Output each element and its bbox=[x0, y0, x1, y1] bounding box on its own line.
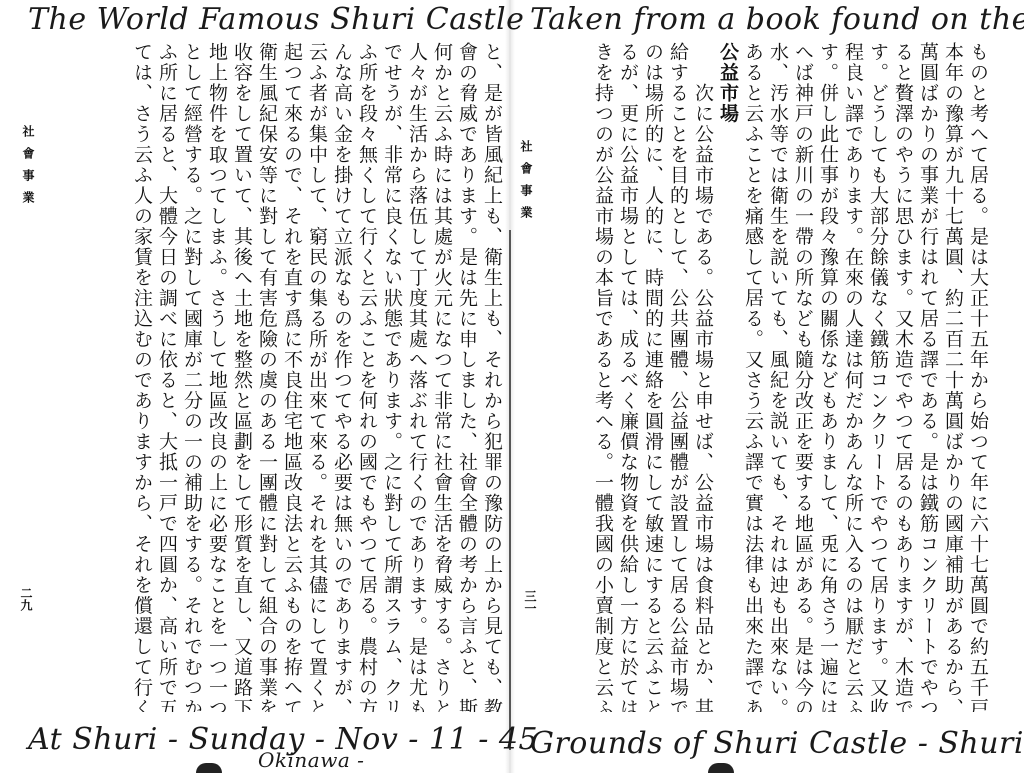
handwritten-location: Okinawa - bbox=[258, 748, 364, 772]
text-column: 次に公益市場である。公益市場と申せば、公益市場は食料品とか、其他の日用品を供 bbox=[690, 42, 715, 712]
text-column: として經營する。之に對して國庫が二分の一の補助をする。それでむつかしい問題は、窮… bbox=[179, 42, 204, 712]
text-column: きを持つのが公益市場の本旨であると考へる。一體我國の小賣制度と云ふのは掛賣であつ… bbox=[590, 42, 615, 712]
text-column: ると贅澤のやうに思ひます。又木造でやつて居るのもありますが、木造では長く持たない… bbox=[890, 42, 915, 712]
handwritten-caption-top-left: The World Famous Shuri Castle bbox=[28, 2, 524, 37]
text-column: でせうが、非常に良くない狀態であります。之に對して所謂スラム、クリヤランスと云つ… bbox=[379, 42, 404, 712]
text-column: 云ふ者が集中して、窮民の集る所が出來て來る。それを其儘にして置くと、どうも今のや… bbox=[304, 42, 329, 712]
text-column: す。どうしても大部分餘儀なく鐵筋コンクリートでやつて居ります。又收支の算盤の上か… bbox=[865, 42, 890, 712]
text-column: 水、汚水等では衛生を説いても、風紀を説いても、それは迚も出來ない。私は此仕事が極… bbox=[765, 42, 790, 712]
text-column: 地上物件を取つてしまふ。さうして地區改良の上に必要なことを一つ一つとしてやるので… bbox=[204, 42, 229, 712]
page-number: 三一 bbox=[522, 590, 539, 614]
text-column: ふ所に居ると、大體今日の調べに依ると、大抵一戸で四圓か、高い所で五圓位の家賃で居… bbox=[154, 42, 179, 712]
text-column: 起つて來るので、それを直す爲に不良住宅地區改良法と云ふものを拵へて、不良住宅の密… bbox=[279, 42, 304, 712]
text-column: ものと考へて居る。是は大正十五年から始つて年に六十七萬圓で約五千戸と云ふ豫算にな… bbox=[965, 42, 990, 712]
section-heading: 公益市場 bbox=[715, 42, 740, 712]
text-column: ては、さう云ふ人の家賃を注込むのでありますから、それを償還して行く計畫をして行か… bbox=[129, 42, 154, 712]
text-column: す。併し此仕事が段々豫算の關係などもありまして、兎に角さう一遍にはやれないのであ… bbox=[815, 42, 840, 712]
text-column: んな高い金を掛けて立派なものを作つてやる必要は無いのでありますが、都市の方から言… bbox=[329, 42, 354, 712]
text-column: と、是が皆風紀上も、衛生上も、それから犯罪の豫防の上から見ても、教育上から言つて… bbox=[479, 42, 504, 712]
text-column: 給することを目的として、公共團體、公益團體が設置して居る公益市場であります。一體… bbox=[665, 42, 690, 712]
left-page: と、是が皆風紀上も、衛生上も、それから犯罪の豫防の上から見ても、教育上から言つて… bbox=[0, 0, 505, 773]
text-column: るが、更に公益市場としては、成るべく廉價な物資を供給し一方に於ては小賣市場の物價… bbox=[615, 42, 640, 712]
left-page-text: と、是が皆風紀上も、衛生上も、それから犯罪の豫防の上から見ても、教育上から言つて… bbox=[56, 42, 504, 712]
text-column: 程良い譯であります。在來の人達は何だかあんな所に入るのは厭だと云ふやうな人が澤山… bbox=[840, 42, 865, 712]
text-column: 收容をして置いて、其後へ土地を整然と區劃をして形質を直し、又道路下水の改良施設を… bbox=[229, 42, 254, 712]
running-head: 社會事業 bbox=[518, 140, 535, 228]
handwritten-caption-top-right: Taken from a book found on the bbox=[530, 2, 1024, 37]
page-number: 二九 bbox=[18, 587, 35, 611]
ink-smudge bbox=[708, 763, 734, 773]
text-column: あると云ふことを痛感して居る。又さう云ふ譯で實は法律も出來た譯であります。 bbox=[740, 42, 765, 712]
text-column: 何かと云ふ時には其處が火元になつて非常に社會生活を脅威する。さりとてどうしても、… bbox=[429, 42, 454, 712]
text-column: 人々が生活から落伍して丁度其處へ落ぶれて行くのであります。是は尤も諸君はよく見ら… bbox=[404, 42, 429, 712]
text-column: 會の脅威であります。是は先に申しました、社會全體の考から言ふと、斯う云ふ所がある… bbox=[454, 42, 479, 712]
text-column: 萬圓ばかりの事業が行はれて居る譯である。是は鐵筋コンクリートでやつて居りますが、… bbox=[915, 42, 940, 712]
text-column: のは場所的に、人的に、時間的に連絡を圓滑にして敏速にすると云ふことが、市場の主要… bbox=[640, 42, 665, 712]
handwritten-caption-bottom-right: Grounds of Shuri Castle - Shuri - bbox=[530, 726, 1024, 761]
ink-smudge bbox=[196, 763, 222, 773]
text-column: へば神戸の新川の一帶の所なども隨分改正を要する地區がある。是は今の儘の住宅で、今… bbox=[790, 42, 815, 712]
right-page-text: ものと考へて居る。是は大正十五年から始つて年に六十七萬圓で約五千戸と云ふ豫算にな… bbox=[580, 42, 990, 712]
running-head: 社會事業 bbox=[20, 125, 37, 213]
text-column: 衛生風紀保安等に對して有害危險の虞のある一團體に對して組合の事業を認めて居る。一… bbox=[254, 42, 279, 712]
text-column: ふ所を段々無くして行くと云ふことを何れの國でもやつて居る。農村の方から言ふと、何… bbox=[354, 42, 379, 712]
text-column: 本年の豫算が九十七萬圓、約二百二十萬圓ばかりの國庫補助があるから、其倍額にすれば… bbox=[940, 42, 965, 712]
gutter-shadow bbox=[509, 230, 511, 750]
